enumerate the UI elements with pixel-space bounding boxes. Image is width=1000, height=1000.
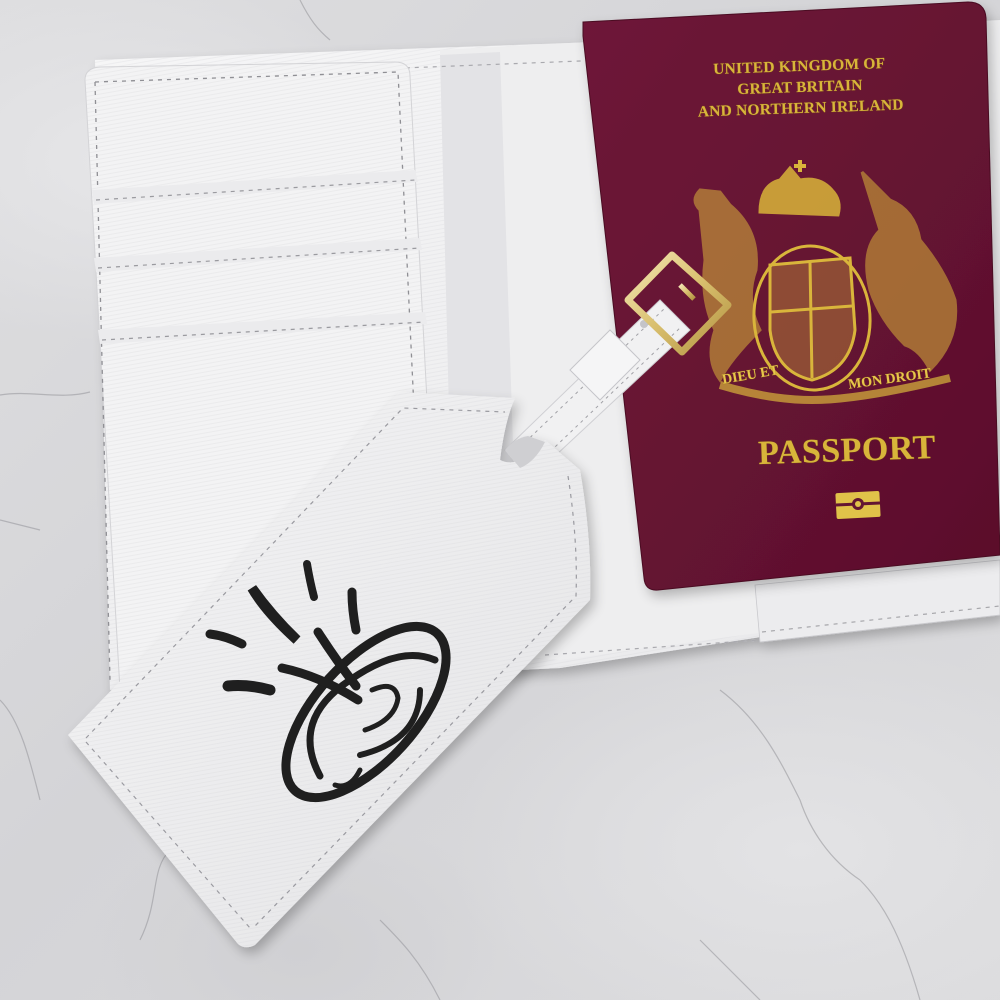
biometric-chip-icon [835, 491, 880, 519]
scene-artwork [0, 0, 1000, 1000]
product-photo: UNITED KINGDOM OF GREAT BRITAIN AND NORT… [0, 0, 1000, 1000]
passport-title: PASSPORT [741, 428, 952, 473]
passport-issuer-text: UNITED KINGDOM OF GREAT BRITAIN AND NORT… [659, 51, 941, 124]
